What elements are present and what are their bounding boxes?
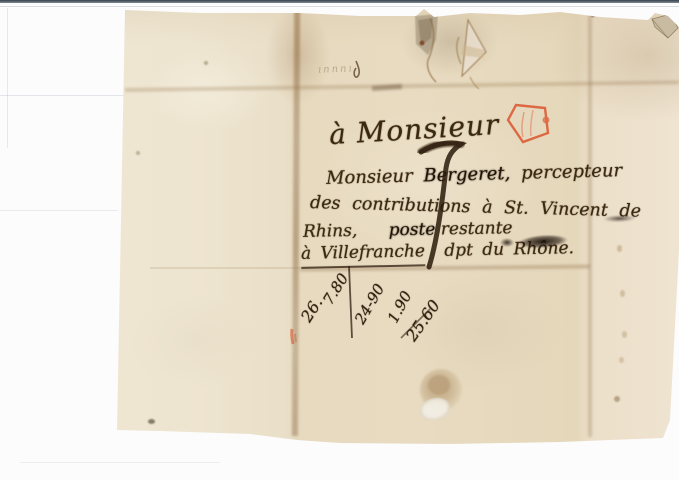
drawn-marks-layer	[0, 0, 679, 480]
scanned-letter-image: à Monsieur Monsieur Bergeret, percepteur…	[0, 0, 679, 480]
letter-paper: à Monsieur Monsieur Bergeret, percepteur…	[0, 0, 679, 480]
red-chalk-mark	[292, 329, 296, 344]
scan-streak-vertical	[7, 8, 8, 148]
check-mark	[354, 61, 359, 77]
scan-streak-left-2	[0, 210, 118, 211]
scan-streak-bottom	[20, 462, 220, 463]
top-tear-stain	[415, 14, 486, 89]
notation-underline-flourish	[401, 309, 430, 338]
scanner-edge-bar	[0, 0, 679, 3]
postmark-stamp-icon	[508, 105, 550, 142]
notation-separator-stroke	[349, 266, 352, 338]
corner-fold	[652, 14, 678, 38]
scan-streak-top	[0, 6, 679, 7]
scan-streak-left-1	[0, 95, 125, 96]
postal-rate-mark-7	[421, 143, 461, 267]
dark-red-dot	[420, 41, 425, 46]
